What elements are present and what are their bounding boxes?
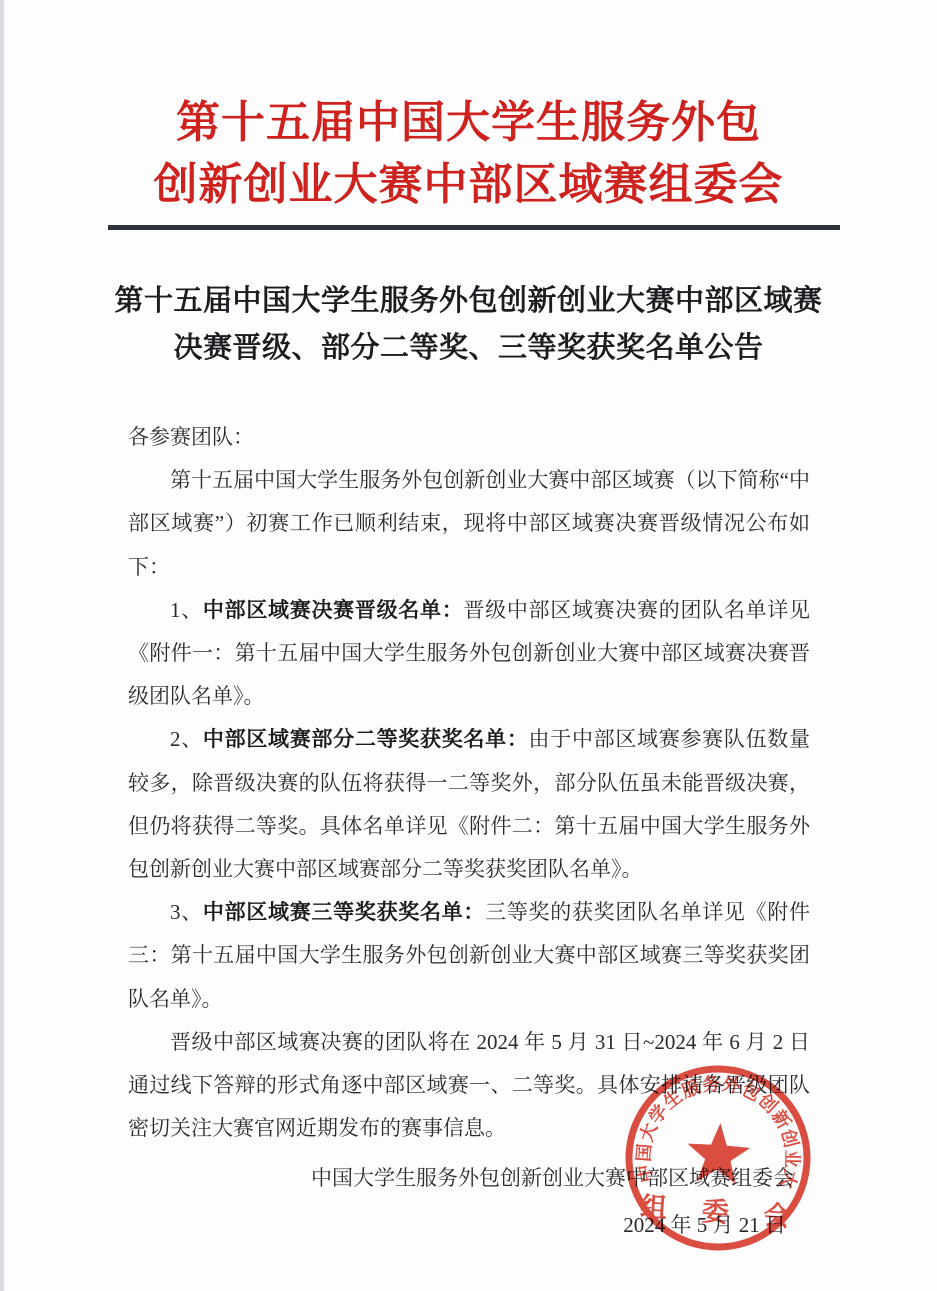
announcement-title-line2: 决赛晋级、部分二等奖、三等奖获奖名单公告 bbox=[0, 325, 937, 372]
announcement-body: 各参赛团队： 第十五届中国大学生服务外包创新创业大赛中部区域赛（以下简称“中部区… bbox=[128, 416, 810, 1150]
announcement-title: 第十五届中国大学生服务外包创新创业大赛中部区域赛 决赛晋级、部分二等奖、三等奖获… bbox=[0, 278, 937, 372]
item2-paragraph: 2、中部区域赛部分二等奖获奖名单：由于中部区域赛参赛队伍数量较多，除晋级决赛的队… bbox=[128, 718, 810, 891]
item1-paragraph: 1、中部区域赛决赛晋级名单：晋级中部区域赛决赛的团队名单详见《附件一：第十五届中… bbox=[128, 589, 810, 719]
signature-org: 中国大学生服务外包创新创业大赛中部区域赛组委会 bbox=[128, 1155, 794, 1201]
item3-paragraph: 3、中部区域赛三等奖获奖名单：三等奖的获奖团队名单详见《附件三：第十五届中国大学… bbox=[128, 891, 810, 1021]
closing-block: 中国大学生服务外包创新创业大赛中部区域赛组委会 2024 年 5 月 21 日 bbox=[128, 1155, 794, 1249]
item3-number: 3、 bbox=[170, 900, 203, 924]
item3-heading: 中部区域赛三等奖获奖名单： bbox=[203, 900, 485, 924]
item1-heading: 中部区域赛决赛晋级名单： bbox=[203, 598, 463, 622]
letterhead-title-line2: 创新创业大赛中部区域赛组委会 bbox=[0, 154, 937, 216]
item1-number: 1、 bbox=[170, 598, 203, 622]
letterhead-title: 第十五届中国大学生服务外包 创新创业大赛中部区域赛组委会 bbox=[0, 0, 937, 216]
announcement-title-line1: 第十五届中国大学生服务外包创新创业大赛中部区域赛 bbox=[0, 278, 937, 325]
item2-heading: 中部区域赛部分二等奖获奖名单： bbox=[203, 727, 529, 751]
signature-date: 2024 年 5 月 21 日 bbox=[128, 1201, 794, 1249]
letterhead-title-line1: 第十五届中国大学生服务外包 bbox=[0, 92, 937, 154]
schedule-paragraph: 晋级中部区域赛决赛的团队将在 2024 年 5 月 31 日~2024 年 6 … bbox=[128, 1021, 810, 1151]
salutation: 各参赛团队： bbox=[128, 416, 810, 459]
letterhead-divider bbox=[108, 225, 840, 230]
item2-number: 2、 bbox=[170, 727, 203, 751]
intro-paragraph: 第十五届中国大学生服务外包创新创业大赛中部区域赛（以下简称“中部区域赛”）初赛工… bbox=[128, 459, 810, 589]
document-page: 第十五届中国大学生服务外包 创新创业大赛中部区域赛组委会 第十五届中国大学生服务… bbox=[0, 0, 937, 1291]
